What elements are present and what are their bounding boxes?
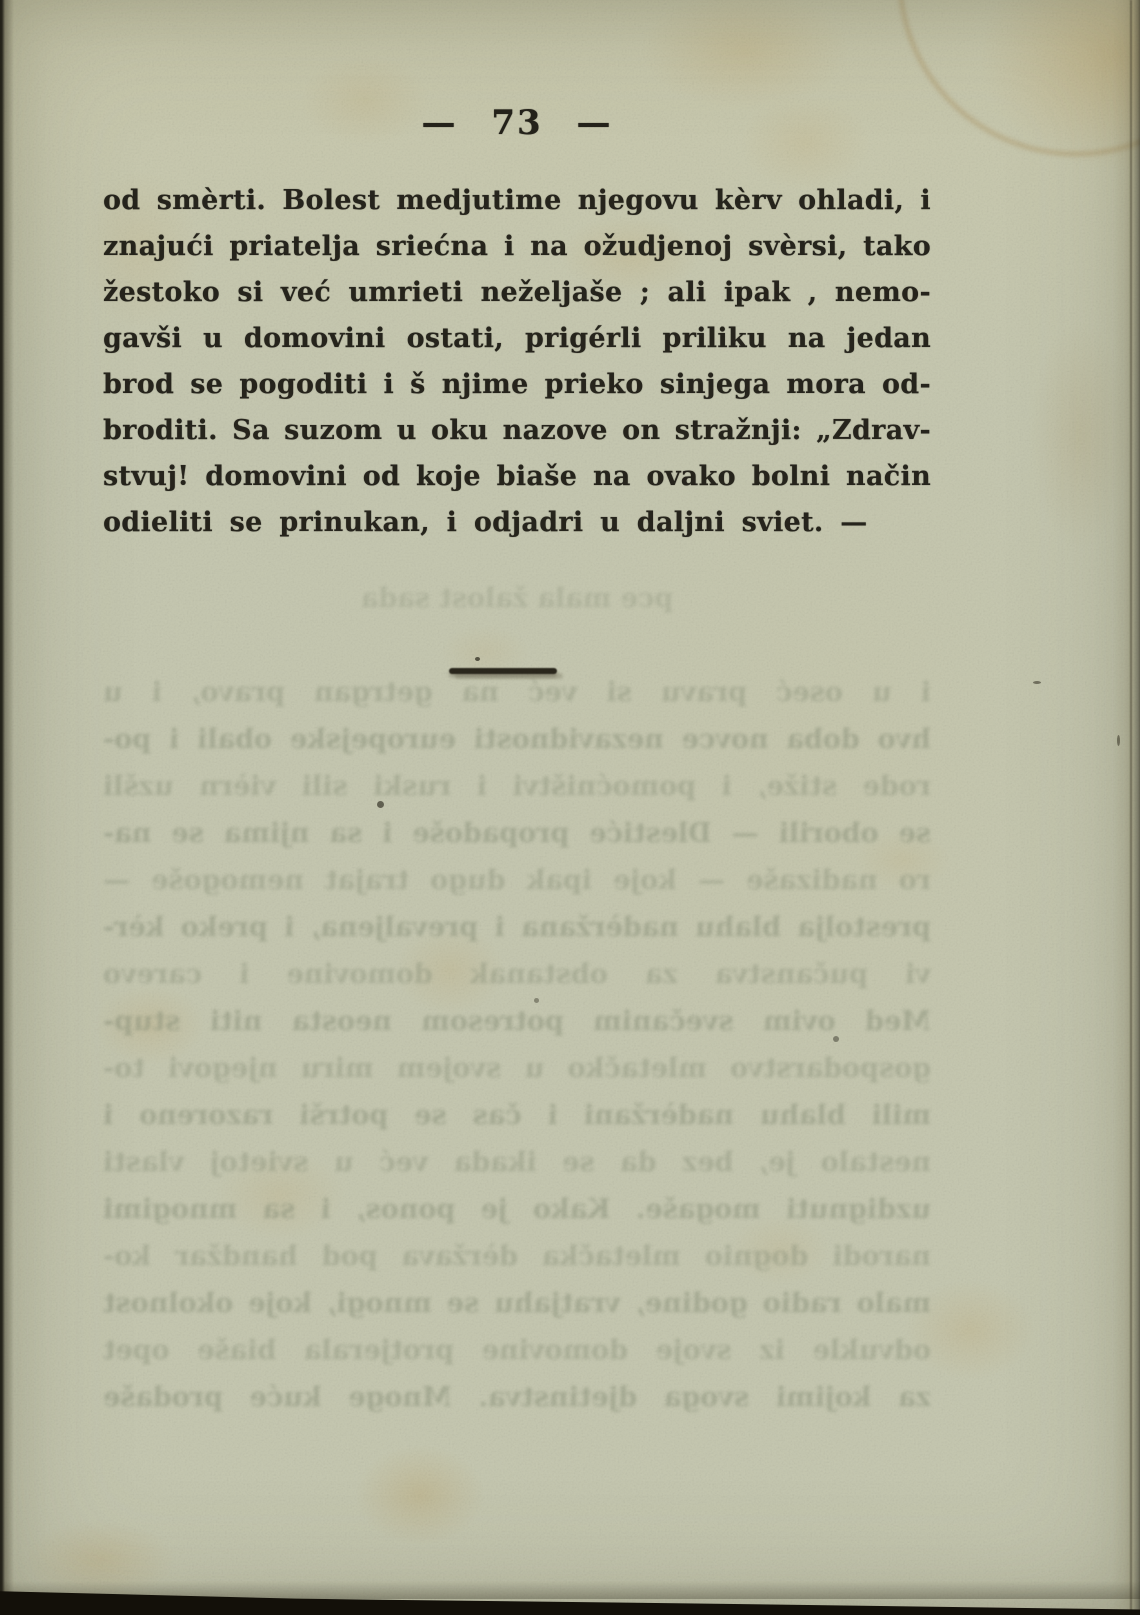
page-edge-left — [0, 0, 14, 1615]
bleedthrough-line: pce mala žalost sada — [103, 575, 931, 622]
paper-stain — [905, 1280, 1035, 1380]
bleedthrough-line: nestalo je, bez da se ikada već u svieto… — [103, 1139, 931, 1186]
paper-stain — [395, 925, 505, 1015]
ink-speck — [475, 657, 480, 661]
paper-stain — [215, 1150, 345, 1240]
paper-stain — [355, 1445, 485, 1545]
ink-speck — [833, 1036, 839, 1042]
book-page-scan: pce mala žalost sada i u oseć pravu si v… — [0, 0, 1140, 1615]
bleedthrough-line: se oborili — Dlestiće propadoše i sa nji… — [103, 810, 931, 857]
bleedthrough-line: mili blahu nadèržani i čas se potrši raz… — [103, 1092, 931, 1139]
bleedthrough-line: i u oseć pravu si već na getrgan pravo, … — [103, 669, 931, 716]
text-line: gavši u domovini ostati, prigérli prilik… — [103, 316, 931, 362]
ink-speck — [534, 998, 539, 1003]
bleedthrough-line: uzdignuti mogaše. Kako je ponos, i sa mn… — [103, 1186, 931, 1233]
bleedthrough-line: prestolja blahu nadèržana i prevaljena, … — [103, 904, 931, 951]
text-line: stvuj! domovini od koje biaše na ovako b… — [103, 454, 931, 500]
bleedthrough-line: ro nadizaše — koje ipak dugo trajat nemo… — [103, 857, 931, 904]
text-line: žestoko si već umrieti neželjaše ; ali i… — [103, 270, 931, 316]
text-line: broditi. Sa suzom u oku nazove on stražn… — [103, 408, 931, 454]
paper-stain — [640, 0, 850, 110]
paper-stain — [855, 830, 950, 890]
text-line: znajući priatelja sriećna i na ožudjenoj… — [103, 224, 931, 270]
page-number: — 73 — — [103, 103, 931, 143]
ink-speck — [1033, 681, 1041, 684]
bleedthrough-text-block: pce mala žalost sada i u oseć pravu si v… — [103, 575, 931, 1421]
body-paragraph: od smèrti. Bolest medjutime njegovu kèrv… — [103, 178, 931, 546]
bleedthrough-line: gospodarstvo mletačko u svojem miru njeg… — [103, 1045, 931, 1092]
page-edge-fold-line — [1130, 0, 1132, 1615]
bleedthrough-line: narodi dognio mletačka dèržava pod handž… — [103, 1233, 931, 1280]
page-edge-right — [1112, 0, 1140, 1615]
bleedthrough-line: hvo doba novce nezavidnosti europejske o… — [103, 716, 931, 763]
bleedthrough-line: za kojimi svoga djetinstva. Mnoge kuće p… — [103, 1374, 931, 1421]
bleedthrough-line: rode stiže, i pomoćništvi i ruski sili v… — [103, 763, 931, 810]
paper-stain — [95, 985, 205, 1065]
bleedthrough-line: malo radio godine, vratjahu se mnogi, ko… — [103, 1280, 931, 1327]
water-stain-ring — [898, 0, 1140, 156]
ink-speck — [377, 801, 384, 808]
bleedthrough-line — [103, 622, 931, 669]
text-line: odieliti se prinukan, i odjadri u daljni… — [103, 500, 931, 546]
text-line: brod se pogoditi i š njime prieko sinjeg… — [103, 362, 931, 408]
bleedthrough-line: vi pučanstva za obstanak domovine i care… — [103, 951, 931, 998]
bleedthrough-line: odvukle iz svoje domovine protjerala bia… — [103, 1327, 931, 1374]
section-divider-rule — [449, 668, 557, 674]
paper-stain — [730, 1215, 830, 1285]
text-line: od smèrti. Bolest medjutime njegovu kèrv… — [103, 178, 931, 224]
bleedthrough-line: Med ovim svečanim potresom neosta niti s… — [103, 998, 931, 1045]
